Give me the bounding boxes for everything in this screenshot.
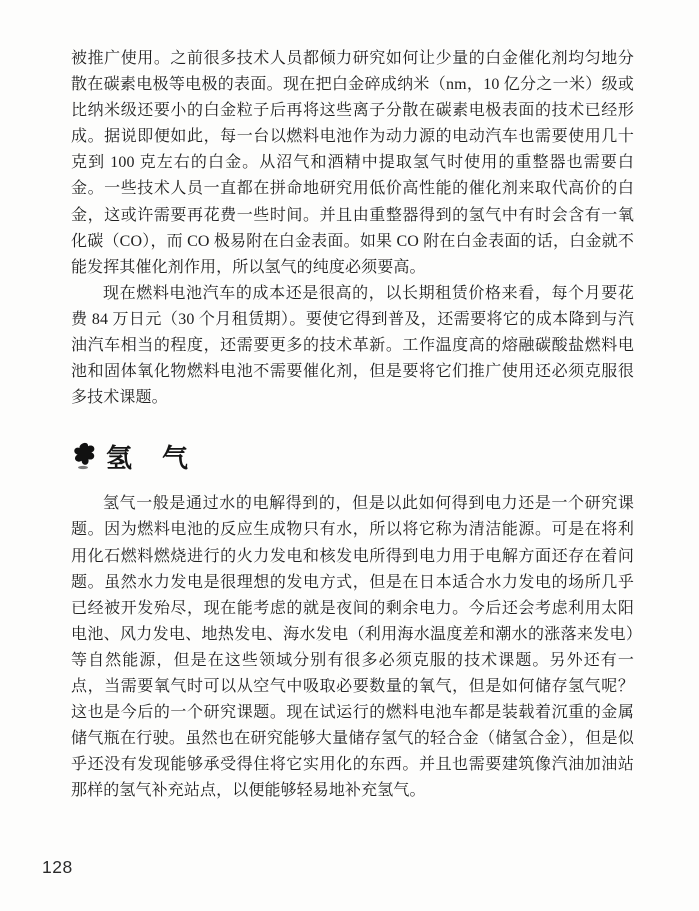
page-number: 128 <box>42 857 73 878</box>
paragraph-platinum-catalyst: 被推广使用。之前很多技术人员都倾力研究如何让少量的白金催化剂均匀地分散在碳素电极… <box>71 46 634 281</box>
text-block: 被推广使用。之前很多技术人员都倾力研究如何让少量的白金催化剂均匀地分散在碳素电极… <box>71 46 634 804</box>
ink-blob-icon <box>71 441 98 471</box>
section-title: 氢 气 <box>106 438 190 475</box>
book-page: 被推广使用。之前很多技术人员都倾力研究如何让少量的白金催化剂均匀地分散在碳素电极… <box>0 0 699 911</box>
paragraph-hydrogen: 氢气一般是通过水的电解得到的，但是以此如何得到电力还是一个研究课题。因为燃料电池… <box>71 491 634 804</box>
section-heading: 氢 气 <box>71 436 634 476</box>
paragraph-fuel-cell-cost: 现在燃料电池汽车的成本还是很高的，以长期租赁价格来看，每个月要花费 84 万日元… <box>71 281 634 411</box>
